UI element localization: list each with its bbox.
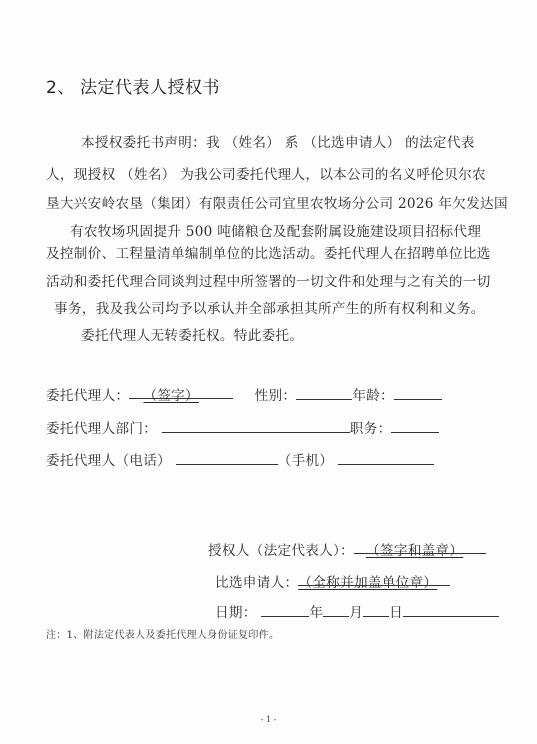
body-line-2: 人，现授权 （姓名） 为我公司委托代理人，以本公司的名义呼伦贝尔农 (46, 163, 486, 183)
year-label: 年 (309, 605, 323, 621)
section-heading: 2、法定代表人授权书 (46, 73, 220, 98)
day-label: 日 (389, 605, 403, 621)
day-field[interactable] (363, 602, 389, 617)
gender-field[interactable] (296, 385, 352, 400)
section-title: 法定代表人授权书 (80, 78, 220, 98)
age-label: 年龄： (352, 388, 394, 404)
applicant-field[interactable]: （全称并加盖单位章） (298, 571, 450, 586)
department-label: 委托代理人部门： (46, 421, 157, 437)
document-page: 2、法定代表人授权书 本授权委托书声明：我 （姓名） 系 （比选申请人） 的法定… (0, 0, 537, 744)
phone-label: 委托代理人（电话） (46, 453, 171, 469)
department-row: 委托代理人部门： 职务： (46, 417, 439, 437)
date-row: 日期： 年月日 (215, 601, 499, 621)
body-line-4: 有农牧场巩固提升 500 吨储粮仓及配套附属设施建设项目招标代理 (70, 220, 481, 240)
section-number: 2、 (46, 73, 80, 98)
authorizer-label: 授权人（法定代表人）： (208, 543, 354, 559)
body-line-1: 本授权委托书声明：我 （姓名） 系 （比选申请人） 的法定代表 (81, 131, 475, 151)
date-extra-field[interactable] (403, 602, 499, 617)
applicant-label: 比选申请人： (215, 575, 298, 591)
department-field[interactable] (162, 418, 350, 433)
agent-signature-field[interactable]: （签字） (129, 384, 233, 399)
date-label: 日期： (215, 605, 257, 621)
applicant-row: 比选申请人：（全称并加盖单位章） (215, 571, 450, 591)
month-label: 月 (349, 605, 363, 621)
month-field[interactable] (323, 602, 349, 617)
authorizer-signature-field[interactable]: （签字和盖章） (354, 539, 486, 554)
body-line-5: 及控制价、工程量清单编制单位的比选活动。委托代理人在招聘单位比选 (46, 242, 491, 262)
body-line-7: 事务，我及我公司均予以承认并全部承担其所产生的所有权利和义务。 (54, 297, 485, 317)
agent-signature-hint: （签字） (129, 388, 199, 404)
position-label: 职务： (350, 421, 392, 437)
agent-label: 委托代理人： (46, 388, 129, 404)
phone-row: 委托代理人（电话） （手机） (46, 449, 434, 469)
position-field[interactable] (391, 418, 439, 433)
body-line-8: 委托代理人无转委托权。特此委托。 (81, 324, 303, 344)
body-line-6: 活动和委托代理合同谈判过程中所签署的一切文件和处理与之有关的一切 (46, 270, 491, 290)
age-field[interactable] (394, 385, 442, 400)
agent-row: 委托代理人：（签字） 性别：年龄： (46, 384, 442, 404)
gender-label: 性别： (255, 388, 297, 404)
mobile-field[interactable] (338, 450, 434, 465)
page-number: - 1 - (0, 715, 537, 724)
body-line-3: 垦大兴安岭农垦（集团）有限责任公司宜里农牧场分公司 2026 年欠发达国 (46, 192, 508, 212)
phone-field[interactable] (176, 450, 278, 465)
applicant-hint: （全称并加盖单位章） (298, 575, 437, 591)
authorizer-row: 授权人（法定代表人）：（签字和盖章） (208, 539, 486, 559)
footnote: 注：1、附法定代表人及委托代理人身份证复印件。 (46, 626, 279, 641)
mobile-label: （手机） (278, 453, 334, 469)
year-field[interactable] (261, 602, 309, 617)
authorizer-signature-hint: （签字和盖章） (354, 543, 463, 559)
